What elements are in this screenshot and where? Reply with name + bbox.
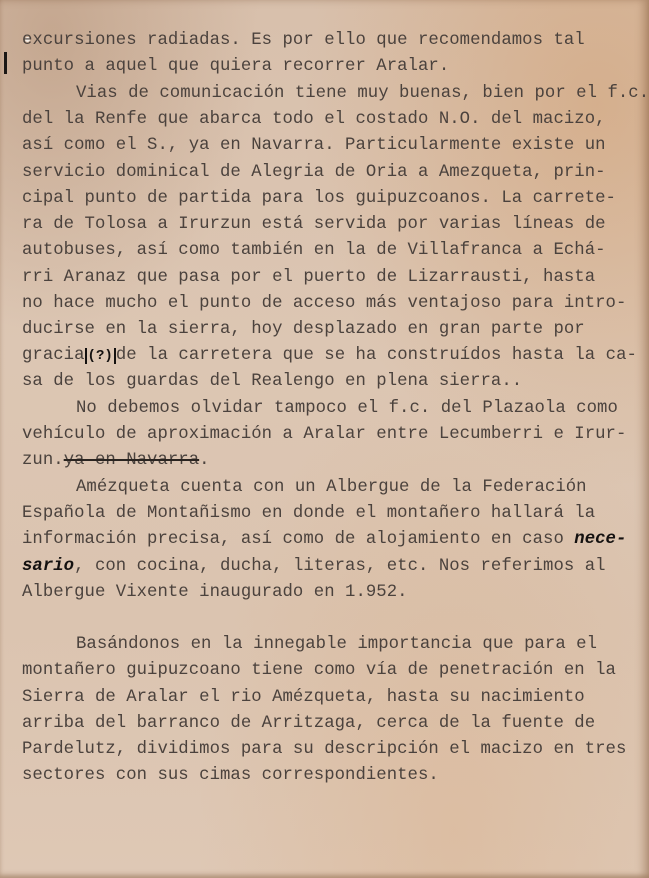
text-fragment: . bbox=[199, 451, 209, 470]
text-fragment: información precisa, así como de alojami… bbox=[22, 530, 574, 549]
text-line: rri Aranaz que pasa por el puerto de Liz… bbox=[22, 268, 595, 288]
text-fragment: , con cocina, ducha, literas, etc. Nos r… bbox=[74, 557, 605, 576]
text-line: así como el S., ya en Navarra. Particula… bbox=[22, 136, 606, 156]
text-line: arriba del barranco de Arritzaga, cerca … bbox=[22, 714, 595, 734]
text-line-with-ink-correction: sario, con cocina, ducha, literas, etc. … bbox=[22, 557, 606, 577]
text-line-with-ink-correction: información precisa, así como de alojami… bbox=[22, 530, 626, 550]
struck-out-text: ya en Navarra bbox=[64, 451, 199, 470]
typewritten-page: excursiones radiadas. Es por ello que re… bbox=[0, 0, 649, 878]
margin-ink-mark bbox=[4, 52, 7, 74]
text-line: del la Renfe que abarca todo el costado … bbox=[22, 110, 606, 130]
paragraph-start-line: No debemos olvidar tampoco el f.c. del P… bbox=[76, 399, 618, 419]
text-line-with-strikethrough: zun.ya en Navarra. bbox=[22, 451, 210, 471]
text-line: Española de Montañismo en donde el monta… bbox=[22, 504, 595, 524]
text-line: ra de Tolosa a Irurzun está servida por … bbox=[22, 215, 606, 235]
paragraph-start-line: Vias de comunicación tiene muy buenas, b… bbox=[76, 84, 649, 104]
text-line: vehículo de aproximación a Aralar entre … bbox=[22, 425, 626, 445]
text-line: no hace mucho el punto de acceso más ven… bbox=[22, 294, 626, 314]
paragraph-start-line: Basándonos en la innegable importancia q… bbox=[76, 635, 597, 655]
text-line: montañero guipuzcoano tiene como vía de … bbox=[22, 661, 616, 681]
text-line: sectores con sus cimas correspondientes. bbox=[22, 766, 439, 786]
text-fragment: de la carretera que se ha construídos ha… bbox=[116, 346, 637, 365]
text-line: servicio dominical de Alegria de Oria a … bbox=[22, 163, 606, 183]
text-line: punto a aquel que quiera recorrer Aralar… bbox=[22, 57, 449, 77]
text-fragment: zun. bbox=[22, 451, 64, 470]
text-fragment: gracia bbox=[22, 346, 85, 365]
text-line: Albergue Vixente inaugurado en 1.952. bbox=[22, 583, 408, 603]
text-line: ducirse en la sierra, hoy desplazado en … bbox=[22, 320, 585, 340]
text-line: cipal punto de partida para los guipuzco… bbox=[22, 189, 616, 209]
text-line: excursiones radiadas. Es por ello que re… bbox=[22, 31, 585, 51]
text-line: Sierra de Aralar el rio Amézqueta, hasta… bbox=[22, 688, 585, 708]
handwritten-correction: nece- bbox=[574, 530, 626, 549]
text-line: Pardelutz, dividimos para su descripción… bbox=[22, 740, 626, 760]
handwritten-question-annotation: (?) bbox=[85, 348, 116, 364]
text-line: sa de los guardas del Realengo en plena … bbox=[22, 372, 522, 392]
text-line-with-annotation: gracia(?)de la carretera que se ha const… bbox=[22, 346, 637, 366]
text-line: autobuses, así como también en la de Vil… bbox=[22, 241, 606, 261]
handwritten-correction: sario bbox=[22, 557, 74, 576]
paragraph-start-line: Amézqueta cuenta con un Albergue de la F… bbox=[76, 478, 587, 498]
